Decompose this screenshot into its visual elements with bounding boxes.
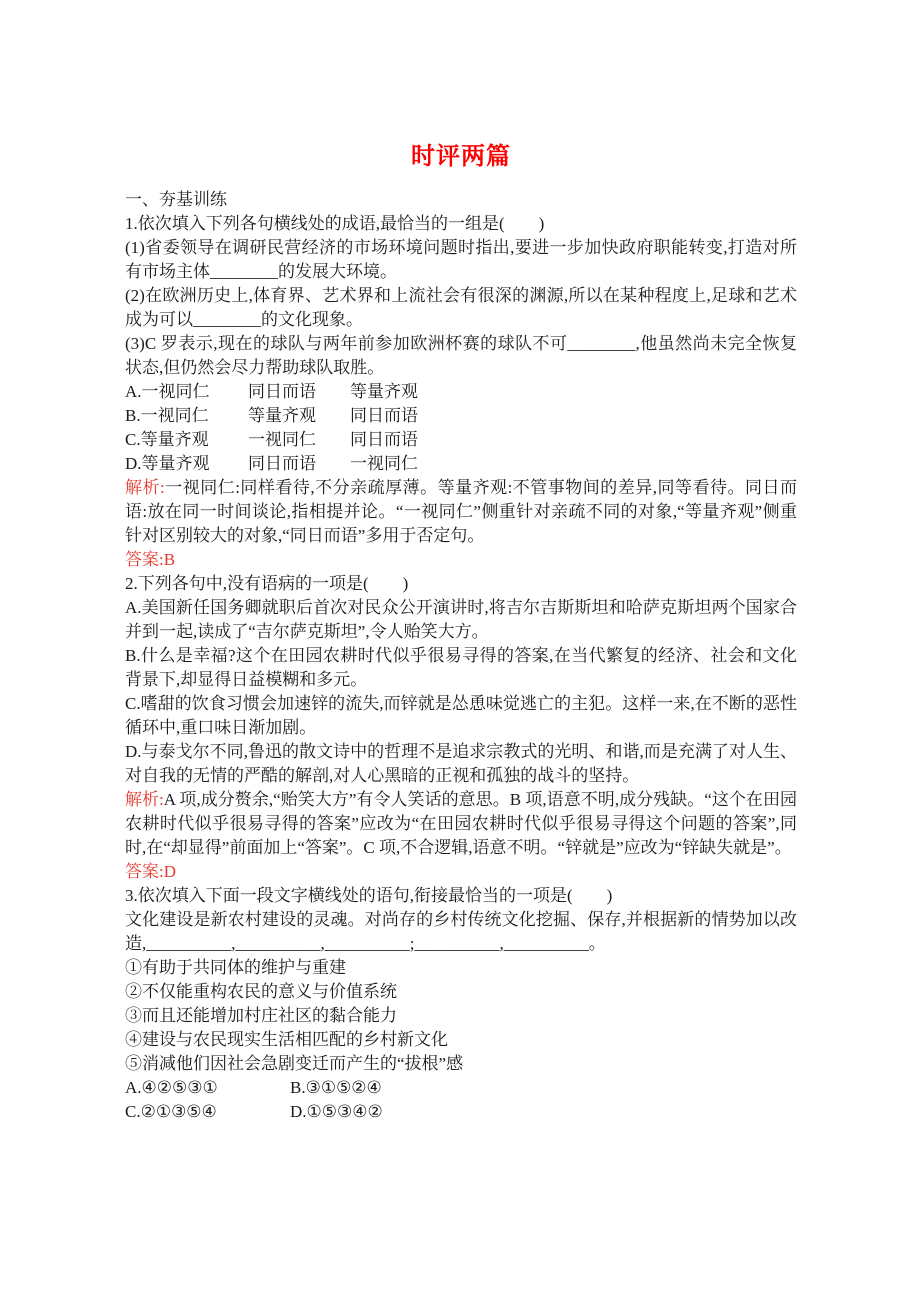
document-body: 1.依次填入下列各句横线处的成语,最恰当的一组是( )(1)省委领导在调研民营经… xyxy=(125,212,797,1124)
question-item: ⑤消减他们因社会急剧变迁而产生的“拔根”感 xyxy=(125,1052,797,1076)
document-content: 时评两篇 一、夯基训练 1.依次填入下列各句横线处的成语,最恰当的一组是( )(… xyxy=(125,142,797,1124)
option-pair: B.③①⑤②④ xyxy=(290,1078,382,1097)
question-item: ③而且还能增加村庄社区的黏合能力 xyxy=(125,1004,797,1028)
option-col: A.一视同仁 xyxy=(125,380,248,404)
question-passage: 文化建设是新农村建设的灵魂。对尚存的乡村传统文化挖掘、保存,并根据新的情势加以改… xyxy=(125,908,797,956)
document-page: 时评两篇 一、夯基训练 1.依次填入下列各句横线处的成语,最恰当的一组是( )(… xyxy=(0,0,920,1302)
option-col: D.等量齐观 xyxy=(125,452,248,476)
option-row: C.嗜甜的饮食习惯会加速锌的流失,而锌就是怂恿味觉逃亡的主犯。这样一来,在不断的… xyxy=(125,692,797,740)
option-col: 同日而语 xyxy=(350,430,418,449)
analysis-text: A 项,成分赘余,“贻笑大方”有令人笑话的意思。B 项,语意不明,成分残缺。“这… xyxy=(125,790,797,857)
option-row: C.②①③⑤④D.①⑤③④② xyxy=(125,1100,797,1124)
answer-value: B xyxy=(164,550,175,569)
answer-label: 答案: xyxy=(125,862,164,881)
option-col: C.等量齐观 xyxy=(125,428,248,452)
question-item: ②不仅能重构农民的意义与价值系统 xyxy=(125,980,797,1004)
option-col: 一视同仁 xyxy=(248,428,350,452)
answer-label: 答案: xyxy=(125,550,164,569)
answer-line: 答案:B xyxy=(125,548,797,572)
analysis-line: 解析:一视同仁:同样看待,不分亲疏厚薄。等量齐观:不管事物间的差异,同等看待。同… xyxy=(125,476,797,548)
analysis-text: 一视同仁:同样看待,不分亲疏厚薄。等量齐观:不管事物间的差异,同等看待。同日而语… xyxy=(125,478,797,545)
analysis-label: 解析: xyxy=(125,790,164,809)
option-row: D.等量齐观同日而语一视同仁 xyxy=(125,452,797,476)
option-row: A.美国新任国务卿就职后首次对民众公开演讲时,将吉尔吉斯斯坦和哈萨克斯坦两个国家… xyxy=(125,596,797,644)
question-item: (2)在欧洲历史上,体育界、艺术界和上流社会有很深的渊源,所以在某种程度上,足球… xyxy=(125,284,797,332)
analysis-line: 解析:A 项,成分赘余,“贻笑大方”有令人笑话的意思。B 项,语意不明,成分残缺… xyxy=(125,788,797,860)
option-col: 一视同仁 xyxy=(350,454,418,473)
option-pair: A.④②⑤③① xyxy=(125,1076,290,1100)
option-row: A.一视同仁同日而语等量齐观 xyxy=(125,380,797,404)
option-col: 同日而语 xyxy=(350,406,418,425)
option-pair: C.②①③⑤④ xyxy=(125,1100,290,1124)
answer-value: D xyxy=(164,862,176,881)
option-col: 同日而语 xyxy=(248,452,350,476)
question-stem: 1.依次填入下列各句横线处的成语,最恰当的一组是( ) xyxy=(125,212,797,236)
option-col: 等量齐观 xyxy=(248,404,350,428)
option-pair: D.①⑤③④② xyxy=(290,1102,383,1121)
question-stem: 3.依次填入下面一段文字横线处的语句,衔接最恰当的一项是( ) xyxy=(125,884,797,908)
option-row: B.一视同仁等量齐观同日而语 xyxy=(125,404,797,428)
question-item: (1)省委领导在调研民营经济的市场环境问题时指出,要进一步加快政府职能转变,打造… xyxy=(125,236,797,284)
question-stem: 2.下列各句中,没有语病的一项是( ) xyxy=(125,572,797,596)
option-row: C.等量齐观一视同仁同日而语 xyxy=(125,428,797,452)
question-item: ①有助于共同体的维护与重建 xyxy=(125,956,797,980)
option-col: 同日而语 xyxy=(248,380,350,404)
section-heading: 一、夯基训练 xyxy=(125,188,797,212)
page-title: 时评两篇 xyxy=(125,142,797,172)
question-item: ④建设与农民现实生活相匹配的乡村新文化 xyxy=(125,1028,797,1052)
analysis-label: 解析: xyxy=(125,478,165,497)
option-row: B.什么是幸福?这个在田园农耕时代似乎很易寻得的答案,在当代繁复的经济、社会和文… xyxy=(125,644,797,692)
option-row: A.④②⑤③①B.③①⑤②④ xyxy=(125,1076,797,1100)
option-col: 等量齐观 xyxy=(350,382,418,401)
option-col: B.一视同仁 xyxy=(125,404,248,428)
question-item: (3)C 罗表示,现在的球队与两年前参加欧洲杯赛的球队不可________,他虽… xyxy=(125,332,797,380)
option-row: D.与泰戈尔不同,鲁迅的散文诗中的哲理不是追求宗教式的光明、和谐,而是充满了对人… xyxy=(125,740,797,788)
answer-line: 答案:D xyxy=(125,860,797,884)
